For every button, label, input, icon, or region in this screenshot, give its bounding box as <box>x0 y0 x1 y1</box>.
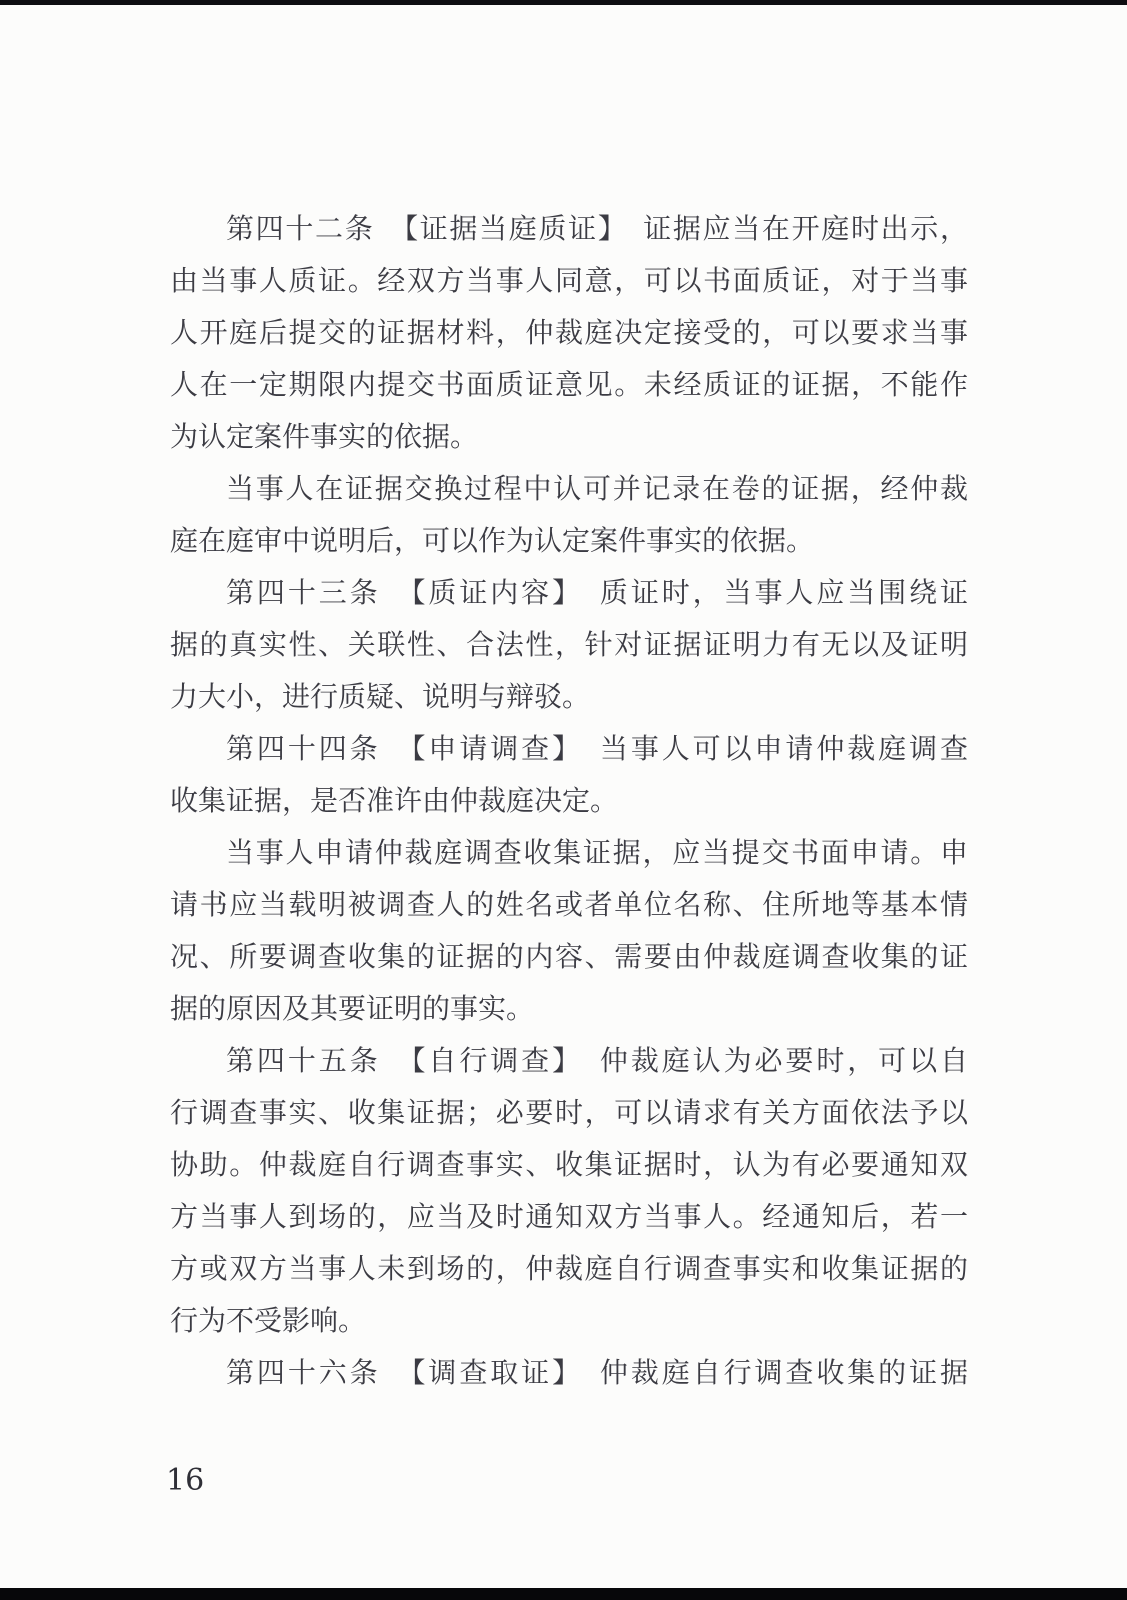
text-line: 收集证据，是否准许由仲裁庭决定。 <box>170 775 968 827</box>
paragraph-article-44: 第四十四条 【申请调查】 当事人可以申请仲裁庭调查 收集证据，是否准许由仲裁庭决… <box>170 723 968 827</box>
text-line: 第四十六条 【调查取证】 仲裁庭自行调查收集的证据 <box>170 1347 968 1399</box>
text-line: 人开庭后提交的证据材料，仲裁庭决定接受的，可以要求当事 <box>170 307 968 359</box>
text-line: 请书应当载明被调查人的姓名或者单位名称、住所地等基本情 <box>170 879 968 931</box>
text-line: 第四十二条 【证据当庭质证】 证据应当在开庭时出示， <box>170 203 968 255</box>
paragraph-article-46: 第四十六条 【调查取证】 仲裁庭自行调查收集的证据 <box>170 1347 968 1399</box>
document-page: 第四十二条 【证据当庭质证】 证据应当在开庭时出示， 由当事人质证。经双方当事人… <box>0 0 1127 1600</box>
text-line: 第四十三条 【质证内容】 质证时，当事人应当围绕证 <box>170 567 968 619</box>
text-line: 第四十五条 【自行调查】 仲裁庭认为必要时，可以自 <box>170 1035 968 1087</box>
paragraph-article-42: 第四十二条 【证据当庭质证】 证据应当在开庭时出示， 由当事人质证。经双方当事人… <box>170 203 968 463</box>
text-line: 方当事人到场的，应当及时通知双方当事人。经通知后，若一 <box>170 1191 968 1243</box>
scan-edge-bottom <box>0 1588 1127 1600</box>
text-line: 第四十四条 【申请调查】 当事人可以申请仲裁庭调查 <box>170 723 968 775</box>
paragraph-article-44-continued: 当事人申请仲裁庭调查收集证据，应当提交书面申请。申 请书应当载明被调查人的姓名或… <box>170 827 968 1035</box>
text-line: 据的原因及其要证明的事实。 <box>170 983 968 1035</box>
text-line: 由当事人质证。经双方当事人同意，可以书面质证，对于当事 <box>170 255 968 307</box>
text-line: 力大小，进行质疑、说明与辩驳。 <box>170 671 968 723</box>
text-line: 当事人在证据交换过程中认可并记录在卷的证据，经仲裁 <box>170 463 968 515</box>
text-line: 庭在庭审中说明后，可以作为认定案件事实的依据。 <box>170 515 968 567</box>
paragraph-article-42-continued: 当事人在证据交换过程中认可并记录在卷的证据，经仲裁 庭在庭审中说明后，可以作为认… <box>170 463 968 567</box>
scan-edge-top <box>0 0 1127 5</box>
text-line: 况、所要调查收集的证据的内容、需要由仲裁庭调查收集的证 <box>170 931 968 983</box>
text-line: 当事人申请仲裁庭调查收集证据，应当提交书面申请。申 <box>170 827 968 879</box>
text-line: 方或双方当事人未到场的，仲裁庭自行调查事实和收集证据的 <box>170 1243 968 1295</box>
text-line: 协助。仲裁庭自行调查事实、收集证据时，认为有必要通知双 <box>170 1139 968 1191</box>
text-line: 据的真实性、关联性、合法性，针对证据证明力有无以及证明 <box>170 619 968 671</box>
page-number: 16 <box>166 1462 204 1500</box>
paragraph-article-43: 第四十三条 【质证内容】 质证时，当事人应当围绕证 据的真实性、关联性、合法性，… <box>170 567 968 723</box>
text-line: 行为不受影响。 <box>170 1295 968 1347</box>
text-line: 行调查事实、收集证据；必要时，可以请求有关方面依法予以 <box>170 1087 968 1139</box>
text-line: 人在一定期限内提交书面质证意见。未经质证的证据，不能作 <box>170 359 968 411</box>
text-line: 为认定案件事实的依据。 <box>170 411 968 463</box>
document-body: 第四十二条 【证据当庭质证】 证据应当在开庭时出示， 由当事人质证。经双方当事人… <box>170 203 968 1399</box>
paragraph-article-45: 第四十五条 【自行调查】 仲裁庭认为必要时，可以自 行调查事实、收集证据；必要时… <box>170 1035 968 1347</box>
